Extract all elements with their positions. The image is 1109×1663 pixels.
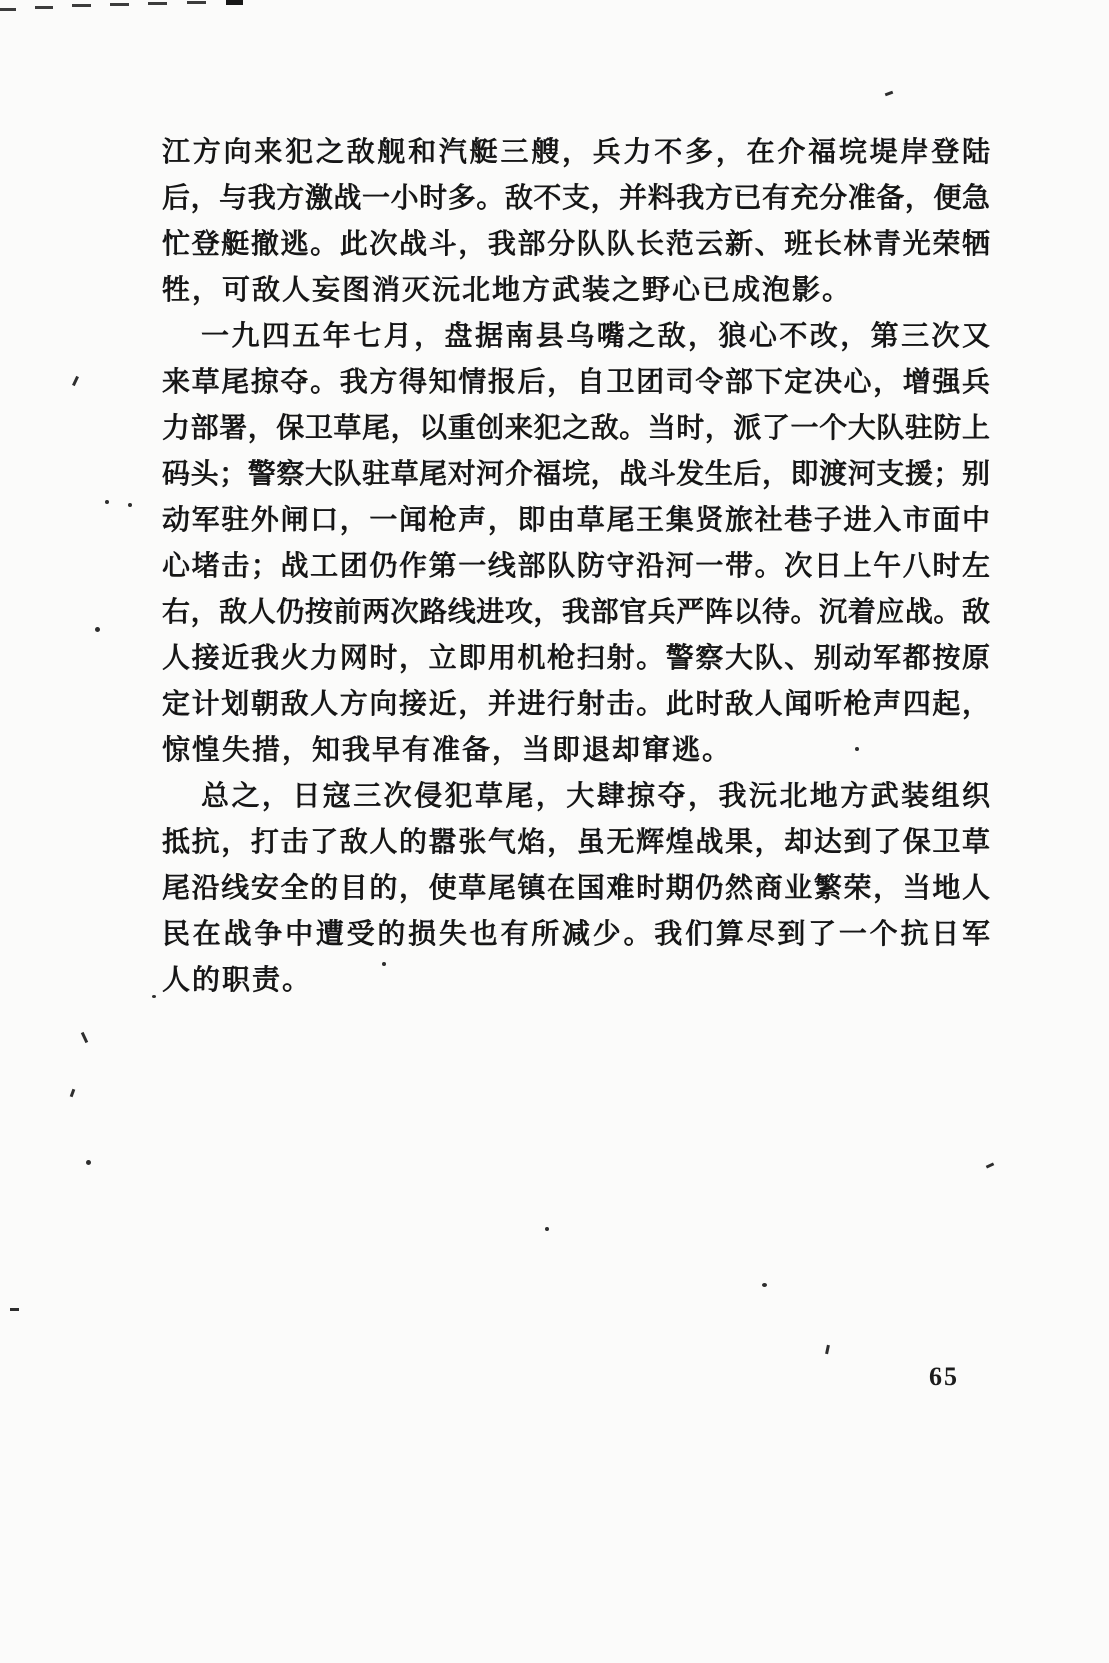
scan-speck bbox=[152, 995, 156, 998]
text-line: 牲，可敌人妄图消灭沅北地方武装之野心已成泡影。 bbox=[162, 268, 990, 314]
scan-speck bbox=[70, 1089, 76, 1098]
scan-dash-artifact bbox=[35, 6, 53, 9]
scan-dash-artifact bbox=[226, 0, 243, 5]
scan-speck bbox=[855, 747, 859, 751]
scanned-book-page: 江方向来犯之敌舰和汽艇三艘，兵力不多，在介福垸堤岸登陆 后，与我方激战一小时多。… bbox=[0, 0, 1109, 1663]
page-number: 65 bbox=[929, 1362, 959, 1392]
scan-speck bbox=[81, 1032, 88, 1043]
text-line: 力部署，保卫草尾，以重创来犯之敌。当时，派了一个大队驻防上 bbox=[162, 406, 990, 452]
scan-speck bbox=[128, 503, 132, 507]
scan-speck bbox=[10, 1308, 19, 1311]
scan-speck bbox=[825, 1345, 830, 1354]
scan-speck bbox=[72, 376, 79, 386]
paragraph-1945-july: 一九四五年七月，盘据南县乌嘴之敌，狼心不改，第三次又 来草尾掠夺。我方得知情报后… bbox=[162, 314, 990, 774]
text-line: 码头；警察大队驻草尾对河介福垸，战斗发生后，即渡河支援；别 bbox=[162, 452, 990, 498]
scan-speck bbox=[105, 500, 109, 504]
text-line: 来草尾掠夺。我方得知情报后，自卫团司令部下定决心，增强兵 bbox=[162, 360, 990, 406]
text-line: 后，与我方激战一小时多。敌不支，并料我方已有充分准备，便急 bbox=[162, 176, 990, 222]
scan-speck bbox=[86, 1160, 91, 1165]
text-line: 忙登艇撤逃。此次战斗，我部分队队长范云新、班长林青光荣牺 bbox=[162, 222, 990, 268]
text-line: 江方向来犯之敌舰和汽艇三艘，兵力不多，在介福垸堤岸登陆 bbox=[162, 130, 990, 176]
text-line: 心堵击；战工团仍作第一线部队防守沿河一带。次日上午八时左 bbox=[162, 544, 990, 590]
text-line: 总之，日寇三次侵犯草尾，大肆掠夺，我沅北地方武装组织 bbox=[162, 774, 990, 820]
text-line: 一九四五年七月，盘据南县乌嘴之敌，狼心不改，第三次又 bbox=[162, 314, 990, 360]
scan-dash-artifact bbox=[0, 8, 16, 11]
scan-dash-artifact bbox=[72, 4, 91, 7]
page-text-block: 江方向来犯之敌舰和汽艇三艘，兵力不多，在介福垸堤岸登陆 后，与我方激战一小时多。… bbox=[162, 130, 990, 1004]
text-line: 动军驻外闸口，一闻枪声，即由草尾王集贤旅社巷子进入市面中 bbox=[162, 498, 990, 544]
text-line: 右，敌人仍按前两次路线进攻，我部官兵严阵以待。沉着应战。敌 bbox=[162, 590, 990, 636]
text-line: 惊惶失措，知我早有准备，当即退却窜逃。 bbox=[162, 728, 990, 774]
scan-speck bbox=[95, 627, 100, 632]
scan-dash-artifact bbox=[110, 3, 129, 6]
scan-dash-artifact bbox=[148, 2, 167, 5]
scan-speck bbox=[986, 1162, 995, 1168]
scan-speck bbox=[476, 141, 480, 145]
paragraph-summary: 总之，日寇三次侵犯草尾，大肆掠夺，我沅北地方武装组织 抵抗，打击了敌人的嚣张气焰… bbox=[162, 774, 990, 1004]
text-line: 尾沿线安全的目的，使草尾镇在国难时期仍然商业繁荣，当地人 bbox=[162, 866, 990, 912]
scan-dash-artifact bbox=[187, 1, 206, 4]
scan-speck bbox=[382, 962, 386, 966]
scan-speck bbox=[885, 91, 894, 97]
scan-speck bbox=[762, 1283, 767, 1287]
text-line: 人接近我火力网时，立即用机枪扫射。警察大队、别动军都按原 bbox=[162, 636, 990, 682]
text-line: 人的职责。 bbox=[162, 958, 990, 1004]
text-line: 定计划朝敌人方向接近，并进行射击。此时敌人闻听枪声四起， bbox=[162, 682, 990, 728]
scan-speck bbox=[545, 1227, 549, 1231]
text-line: 抵抗，打击了敌人的嚣张气焰，虽无辉煌战果，却达到了保卫草 bbox=[162, 820, 990, 866]
text-line: 民在战争中遭受的损失也有所减少。我们算尽到了一个抗日军 bbox=[162, 912, 990, 958]
paragraph-continuation: 江方向来犯之敌舰和汽艇三艘，兵力不多，在介福垸堤岸登陆 后，与我方激战一小时多。… bbox=[162, 130, 990, 314]
